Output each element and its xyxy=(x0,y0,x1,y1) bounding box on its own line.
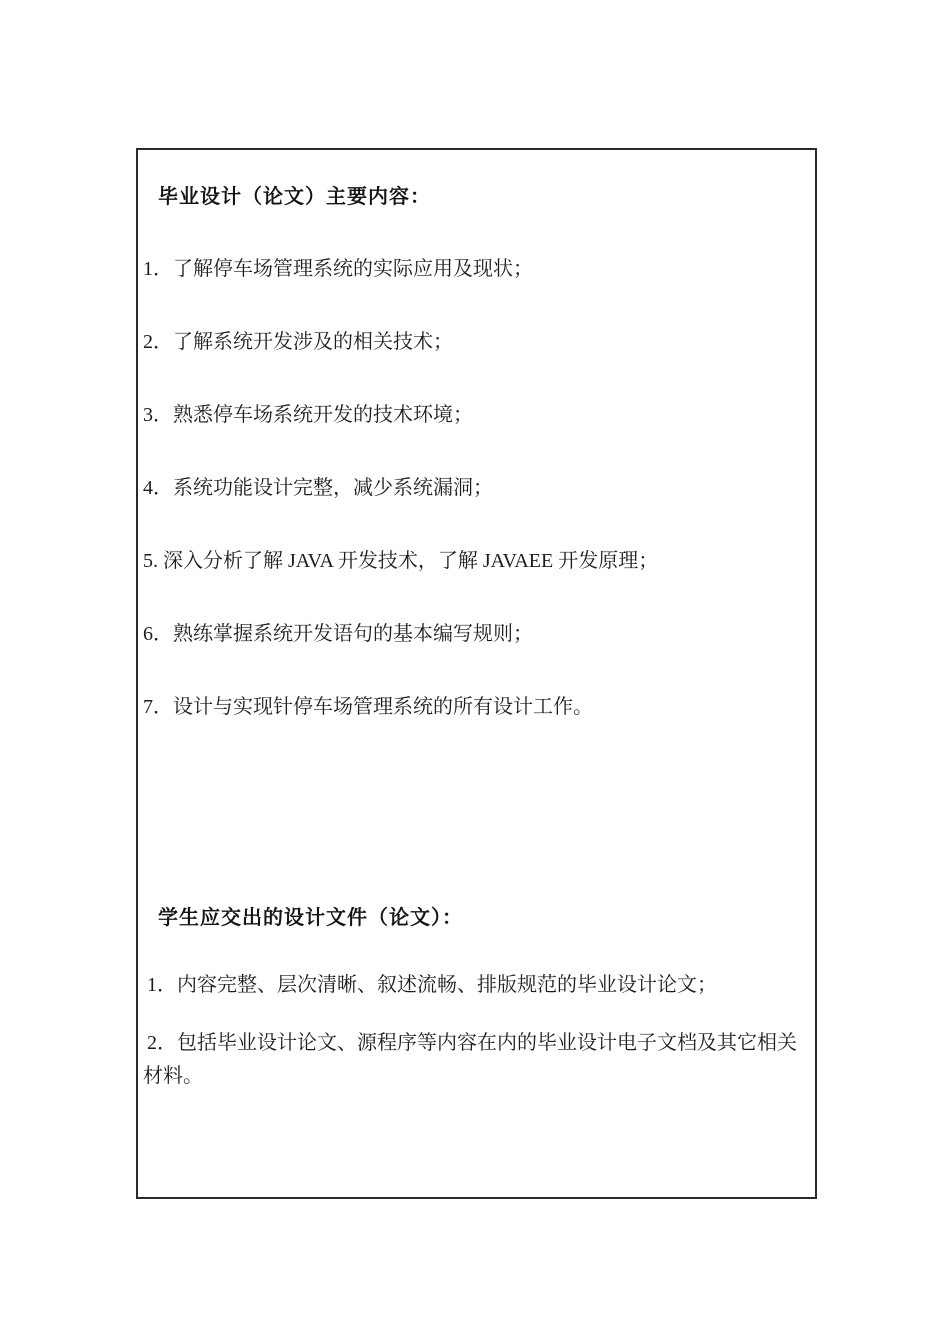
deliverables-item-2: 2．包括毕业设计论文、源程序等内容在内的毕业设计电子文档及其它相关材料。 xyxy=(143,1027,810,1093)
form-cell-border: 毕业设计（论文）主要内容： 1．了解停车场管理系统的实际应用及现状； 2．了解系… xyxy=(136,148,817,1199)
main-content-item-1: 1．了解停车场管理系统的实际应用及现状； xyxy=(143,255,810,283)
main-content-item-3: 3．熟悉停车场系统开发的技术环境； xyxy=(143,401,810,429)
section-main-content-heading: 毕业设计（论文）主要内容： xyxy=(143,183,810,211)
main-content-item-4: 4．系统功能设计完整，减少系统漏洞； xyxy=(143,474,810,502)
deliverables-item-1: 1．内容完整、层次清晰、叙述流畅、排版规范的毕业设计论文； xyxy=(143,971,810,999)
main-content-item-5: 5. 深入分析了解 JAVA 开发技术，了解 JAVAEE 开发原理； xyxy=(143,547,810,575)
document-page: 毕业设计（论文）主要内容： 1．了解停车场管理系统的实际应用及现状； 2．了解系… xyxy=(0,0,950,1341)
main-content-item-6: 6．熟练掌握系统开发语句的基本编写规则； xyxy=(143,620,810,648)
main-content-item-2: 2．了解系统开发涉及的相关技术； xyxy=(143,328,810,356)
main-content-item-7: 7．设计与实现针停车场管理系统的所有设计工作。 xyxy=(143,693,810,721)
section-deliverables-heading: 学生应交出的设计文件（论文）： xyxy=(143,904,810,932)
